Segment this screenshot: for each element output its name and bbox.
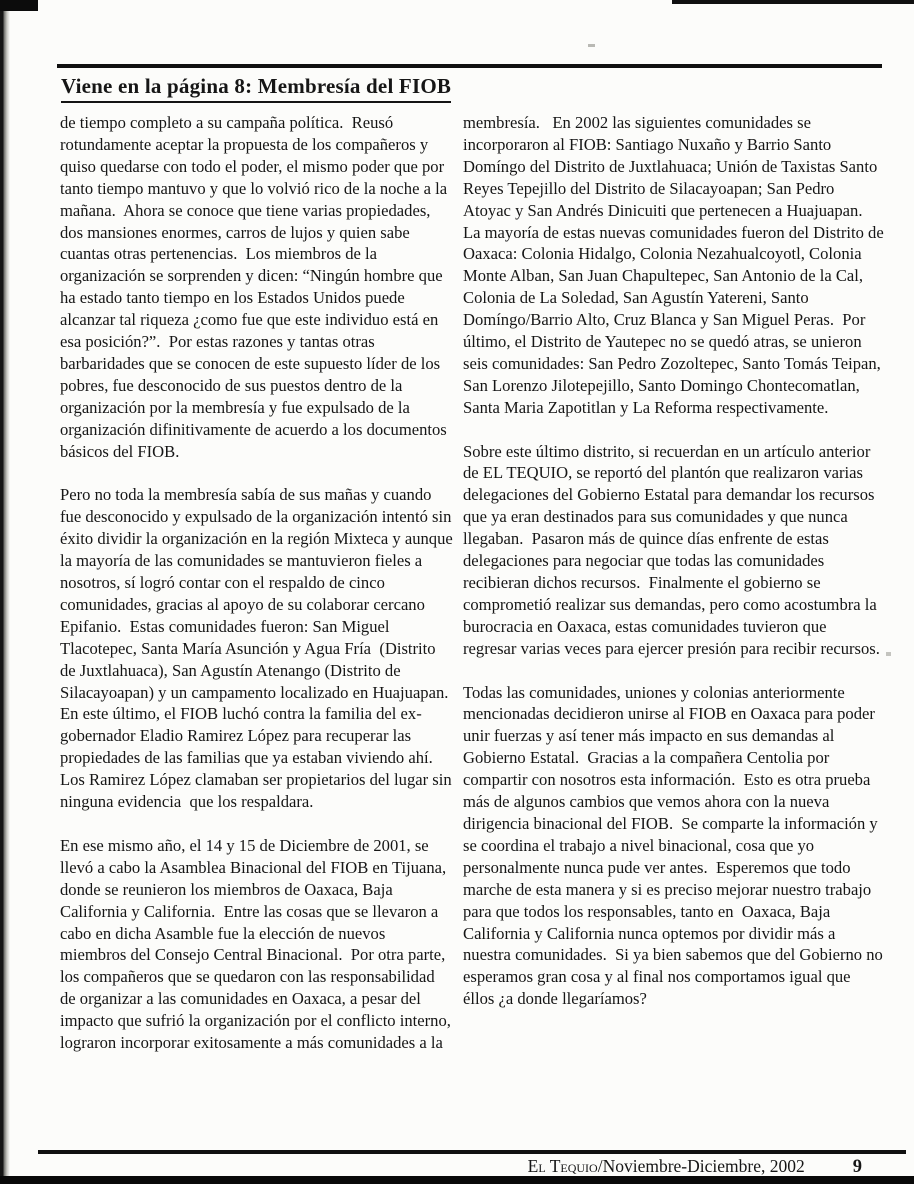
- header-rule: [57, 64, 882, 68]
- scan-edge-shadow-left: [0, 0, 10, 1184]
- article-paragraph: Pero no toda la membresía sabía de sus m…: [60, 484, 454, 813]
- article-paragraph: membresía. En 2002 las siguientes comuni…: [463, 112, 884, 419]
- scan-speck: [886, 652, 891, 656]
- issue-date: /Noviembre-Diciembre, 2002: [598, 1156, 805, 1176]
- scan-artifact-bottom-bar: [0, 1176, 914, 1184]
- footer-rule: [38, 1150, 906, 1154]
- page-footer: El Tequio/Noviembre-Diciembre, 20029: [0, 1156, 862, 1178]
- article-paragraph: Sobre este último distrito, si recuerdan…: [463, 441, 884, 660]
- scanned-document-page: Viene en la página 8: Membresía del FIOB…: [0, 0, 914, 1184]
- article-paragraph: de tiempo completo a su campaña política…: [60, 112, 454, 463]
- scan-artifact-top-line: [672, 0, 914, 4]
- right-column: membresía. En 2002 las siguientes comuni…: [463, 112, 884, 1032]
- scan-artifact-top-left-corner: [0, 0, 38, 11]
- article-title: Viene en la página 8: Membresía del FIOB: [61, 74, 451, 103]
- page-number: 9: [853, 1157, 862, 1177]
- scan-speck: [588, 44, 595, 47]
- article-paragraph: Todas las comunidades, uniones y colonia…: [463, 682, 884, 1011]
- journal-name: El Tequio: [528, 1156, 598, 1176]
- article-paragraph: En ese mismo año, el 14 y 15 de Diciembr…: [60, 835, 454, 1054]
- left-column: de tiempo completo a su campaña política…: [60, 112, 454, 1076]
